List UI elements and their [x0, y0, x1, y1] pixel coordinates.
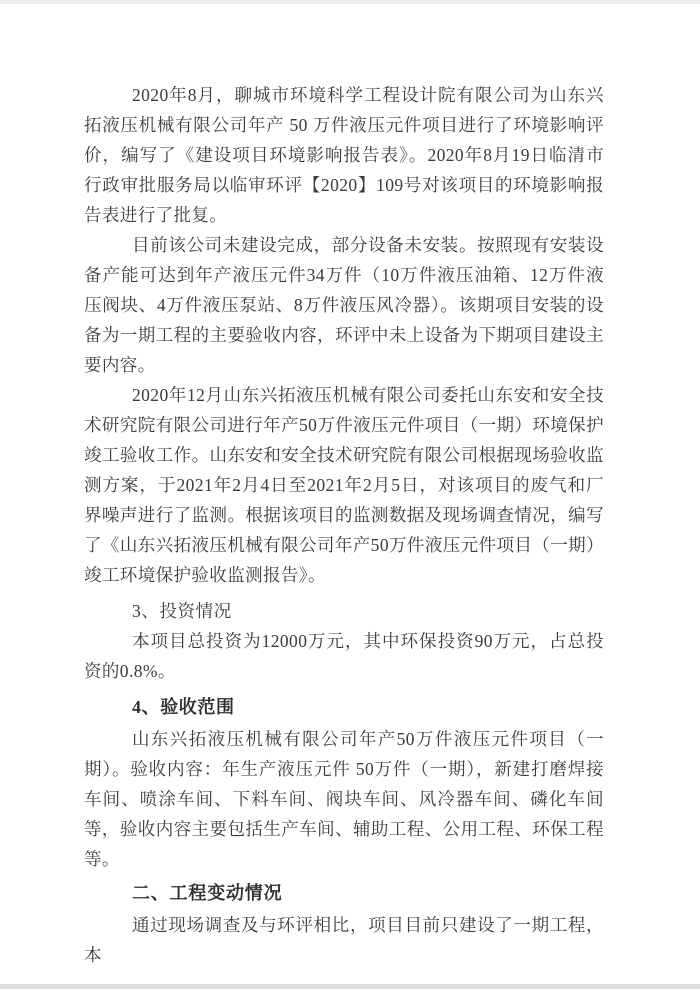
paragraph-acceptance-monitoring: 2020年12月山东兴拓液压机械有限公司委托山东安和安全技术研究院有限公司进行年…: [84, 380, 604, 590]
paragraph-construction-status: 目前该公司未建设完成，部分设备未安装。按照现有安装设备产能可达到年产液压元件34…: [84, 230, 604, 380]
document-content: 2020年8月，聊城市环境科学工程设计院有限公司为山东兴拓液压机械有限公司年产 …: [84, 0, 604, 970]
paragraph-eia-approval: 2020年8月，聊城市环境科学工程设计院有限公司为山东兴拓液压机械有限公司年产 …: [84, 80, 604, 230]
heading-project-changes: 二、工程变动情况: [84, 878, 604, 908]
subheading-investment-situation: 3、投资情况: [84, 596, 604, 626]
paragraph-project-changes-intro: 通过现场调查及与环评相比，项目目前只建设了一期工程，本: [84, 910, 604, 970]
page-bottom-edge: [0, 984, 700, 989]
subheading-acceptance-scope: 4、验收范围: [84, 692, 604, 722]
paragraph-investment-amount: 本项目总投资为12000万元，其中环保投资90万元，占总投资的0.8%。: [84, 626, 604, 686]
paragraph-acceptance-scope-detail: 山东兴拓液压机械有限公司年产50万件液压元件项目（一期）。验收内容：年生产液压元…: [84, 724, 604, 874]
document-page: 2020年8月，聊城市环境科学工程设计院有限公司为山东兴拓液压机械有限公司年产 …: [0, 0, 700, 991]
